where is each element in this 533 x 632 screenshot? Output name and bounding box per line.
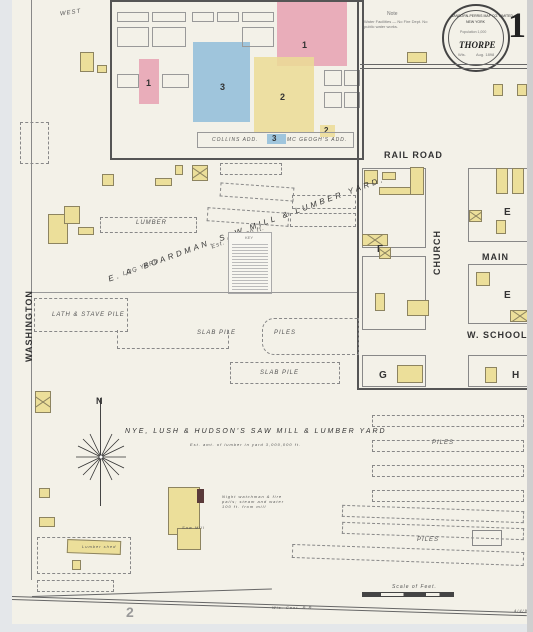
building (496, 168, 508, 194)
index-label-2: 2 (280, 92, 285, 102)
lumber-pile-outline (290, 213, 356, 227)
piles-label-2: PILES (432, 440, 454, 446)
yard-outline (37, 537, 131, 574)
building (407, 300, 429, 316)
street-washington: WASHINGTON (24, 290, 34, 362)
index-map-inset: 1 1 2 2 3 3 COLLINS ADD. MC GEOGH'S ADD. (110, 0, 364, 160)
building (80, 52, 94, 72)
saw-mill-label: Saw Mill (182, 525, 205, 530)
lumber-pile-outline (292, 544, 524, 566)
block-label-e2: E (504, 290, 511, 301)
block-label-g: G (379, 370, 387, 381)
map-sheet: 1 1 2 2 3 3 COLLINS ADD. MC GEOGH'S ADD.… (12, 0, 527, 624)
key-lines (232, 242, 268, 290)
building (175, 165, 183, 175)
index-block (152, 27, 186, 47)
lumber-pile-outline (342, 505, 524, 523)
nye-mill-detail: Night watchman & fire pails; steam and w… (222, 494, 292, 509)
railroad-track (12, 596, 527, 613)
slab-pile-label-2: SLAB PILE (260, 370, 299, 376)
scan-edge (527, 0, 533, 632)
lumber-pile-outline (220, 182, 295, 201)
building (476, 272, 490, 286)
street-west: WEST (60, 9, 82, 18)
building (97, 65, 107, 73)
block-label-e1: E (504, 207, 511, 218)
index-block (152, 12, 186, 22)
building (485, 367, 497, 383)
building-brick (362, 234, 388, 246)
building (517, 84, 527, 96)
lumber-pile-outline (372, 490, 524, 502)
boardman-mill-building (64, 206, 80, 224)
street-railroad: RAIL ROAD (384, 150, 443, 160)
yard-outline (37, 580, 114, 592)
index-block (117, 27, 149, 47)
compass-star-icon (76, 432, 126, 482)
lot-line (32, 292, 357, 293)
building-brick (379, 247, 391, 259)
block-h[interactable] (468, 355, 529, 387)
key-title: KEY (245, 235, 253, 240)
building-brick (469, 210, 482, 222)
rail-track (360, 64, 527, 65)
piles-label-3: PILES (417, 537, 439, 543)
piles-outline (262, 318, 359, 355)
index-block (324, 92, 342, 108)
street-church: CHURCH (432, 230, 442, 275)
boardman-mill-building (78, 227, 94, 235)
railroad-note: Wis. Cent. R.R. (272, 605, 315, 610)
piles-label: PILES (274, 330, 296, 336)
index-block (242, 12, 274, 22)
sheet-2-marker: 2 (126, 604, 134, 620)
building (379, 187, 411, 195)
rail-track (360, 68, 527, 69)
building (102, 174, 114, 186)
lumber-pile-outline (372, 415, 524, 427)
building (410, 167, 424, 195)
index-block (117, 74, 139, 88)
index-block (217, 12, 239, 22)
building (375, 293, 385, 311)
compass-north: N (96, 396, 103, 406)
lumber-label: LUMBER (136, 220, 167, 226)
scale-label: Scale of Feet. (392, 584, 437, 590)
building-brick (192, 165, 208, 181)
index-label-3: 3 (220, 82, 225, 92)
index-block (117, 12, 149, 22)
street-main: MAIN (482, 252, 509, 262)
building-brick (35, 391, 51, 413)
building (39, 488, 50, 498)
railroad-track (12, 599, 527, 616)
nye-mill-note: Est. amt. of lumber in yard 3,000,000 ft… (190, 442, 301, 447)
saw-mill-building (177, 528, 201, 550)
building (155, 178, 172, 186)
small-building-outline (472, 530, 502, 546)
building (496, 220, 506, 234)
index-label-1: 1 (302, 40, 307, 50)
lath-pile-label: LATH & STAVE PILE (52, 312, 125, 318)
index-block (192, 12, 214, 22)
building (512, 168, 524, 194)
map-key-box: KEY (228, 232, 272, 294)
street-w-school: W. SCHOOL (467, 330, 528, 340)
nye-mill-label: NYE, LUSH & HUDSON'S SAW MILL & LUMBER Y… (125, 428, 387, 435)
church-building (397, 365, 423, 383)
lumber-pile-outline (207, 207, 290, 227)
block-f-lower[interactable] (362, 256, 426, 330)
index-block (162, 74, 189, 88)
lumber-pile-outline (220, 163, 282, 175)
index-block (242, 27, 274, 47)
building (39, 517, 55, 527)
block-label-h: H (512, 370, 519, 381)
lumber-pile-outline (20, 122, 49, 164)
lumber-pile-outline (292, 195, 356, 209)
index-block (324, 70, 342, 86)
index-label-1b: 1 (146, 78, 151, 88)
slab-pile-label: SLAB PILE (197, 330, 236, 336)
compass-rose: N (76, 398, 126, 508)
boiler-house (197, 489, 204, 503)
lumber-pile-outline (372, 465, 524, 477)
collins-addition-strip (197, 132, 354, 148)
scale-bar (362, 592, 454, 597)
building (493, 84, 503, 96)
